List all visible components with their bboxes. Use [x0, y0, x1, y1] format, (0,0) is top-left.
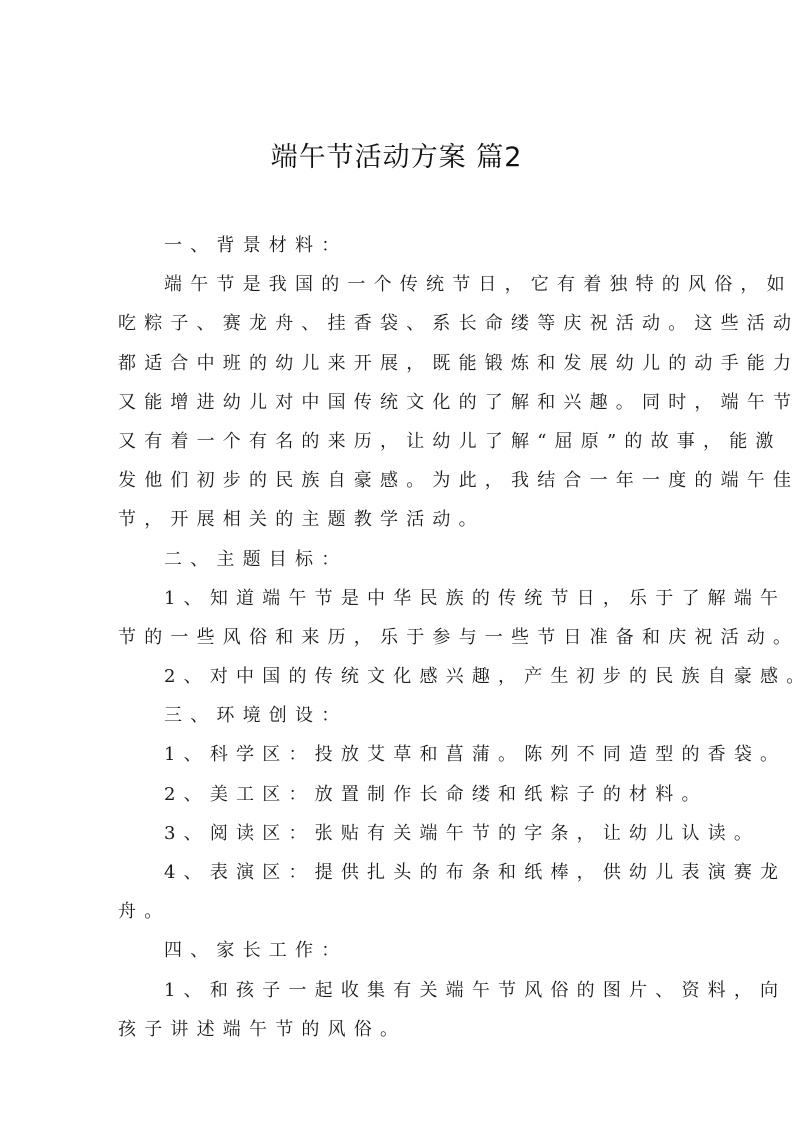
section-heading-background: 一、背景材料：	[118, 226, 678, 265]
list-item-line: 2、对中国的传统文化感兴趣，产生初步的民族自豪感。	[118, 657, 678, 696]
list-item-line: 节的一些风俗和来历，乐于参与一些节日准备和庆祝活动。	[118, 618, 678, 657]
document-page: 端午节活动方案 篇2 一、背景材料： 端午节是我国的一个传统节日，它有着独特的风…	[0, 0, 793, 1122]
paragraph-line: 又有着一个有名的来历，让幼儿了解“屈原”的故事，能激	[118, 422, 678, 461]
list-item-line: 3、阅读区：张贴有关端午节的字条，让幼儿认读。	[118, 814, 678, 853]
paragraph-line: 又能增进幼儿对中国传统文化的了解和兴趣。同时，端午节	[118, 383, 678, 422]
list-item-line: 4、表演区：提供扎头的布条和纸棒，供幼儿表演赛龙	[118, 853, 678, 892]
section-heading-environment: 三、环境创设：	[118, 696, 678, 735]
list-item-line: 1、科学区：投放艾草和菖蒲。陈列不同造型的香袋。	[118, 735, 678, 774]
section-heading-goals: 二、主题目标：	[118, 540, 678, 579]
document-title: 端午节活动方案 篇2	[0, 138, 793, 178]
list-item-line: 孩子讲述端午节的风俗。	[118, 1010, 678, 1049]
document-body: 一、背景材料： 端午节是我国的一个传统节日，它有着独特的风俗，如： 吃粽子、赛龙…	[118, 226, 678, 1049]
paragraph-line: 发他们初步的民族自豪感。为此，我结合一年一度的端午佳	[118, 461, 678, 500]
section-heading-parents: 四、家长工作：	[118, 931, 678, 970]
paragraph-line: 都适合中班的幼儿来开展，既能锻炼和发展幼儿的动手能力，	[118, 344, 678, 383]
list-item-line: 舟。	[118, 892, 678, 931]
list-item-line: 1、和孩子一起收集有关端午节风俗的图片、资料，向	[118, 971, 678, 1010]
paragraph-line: 端午节是我国的一个传统节日，它有着独特的风俗，如：	[118, 265, 678, 304]
paragraph-line: 节，开展相关的主题教学活动。	[118, 500, 678, 539]
list-item-line: 2、美工区：放置制作长命缕和纸粽子的材料。	[118, 775, 678, 814]
list-item-line: 1、知道端午节是中华民族的传统节日，乐于了解端午	[118, 579, 678, 618]
paragraph-line: 吃粽子、赛龙舟、挂香袋、系长命缕等庆祝活动。这些活动	[118, 304, 678, 343]
